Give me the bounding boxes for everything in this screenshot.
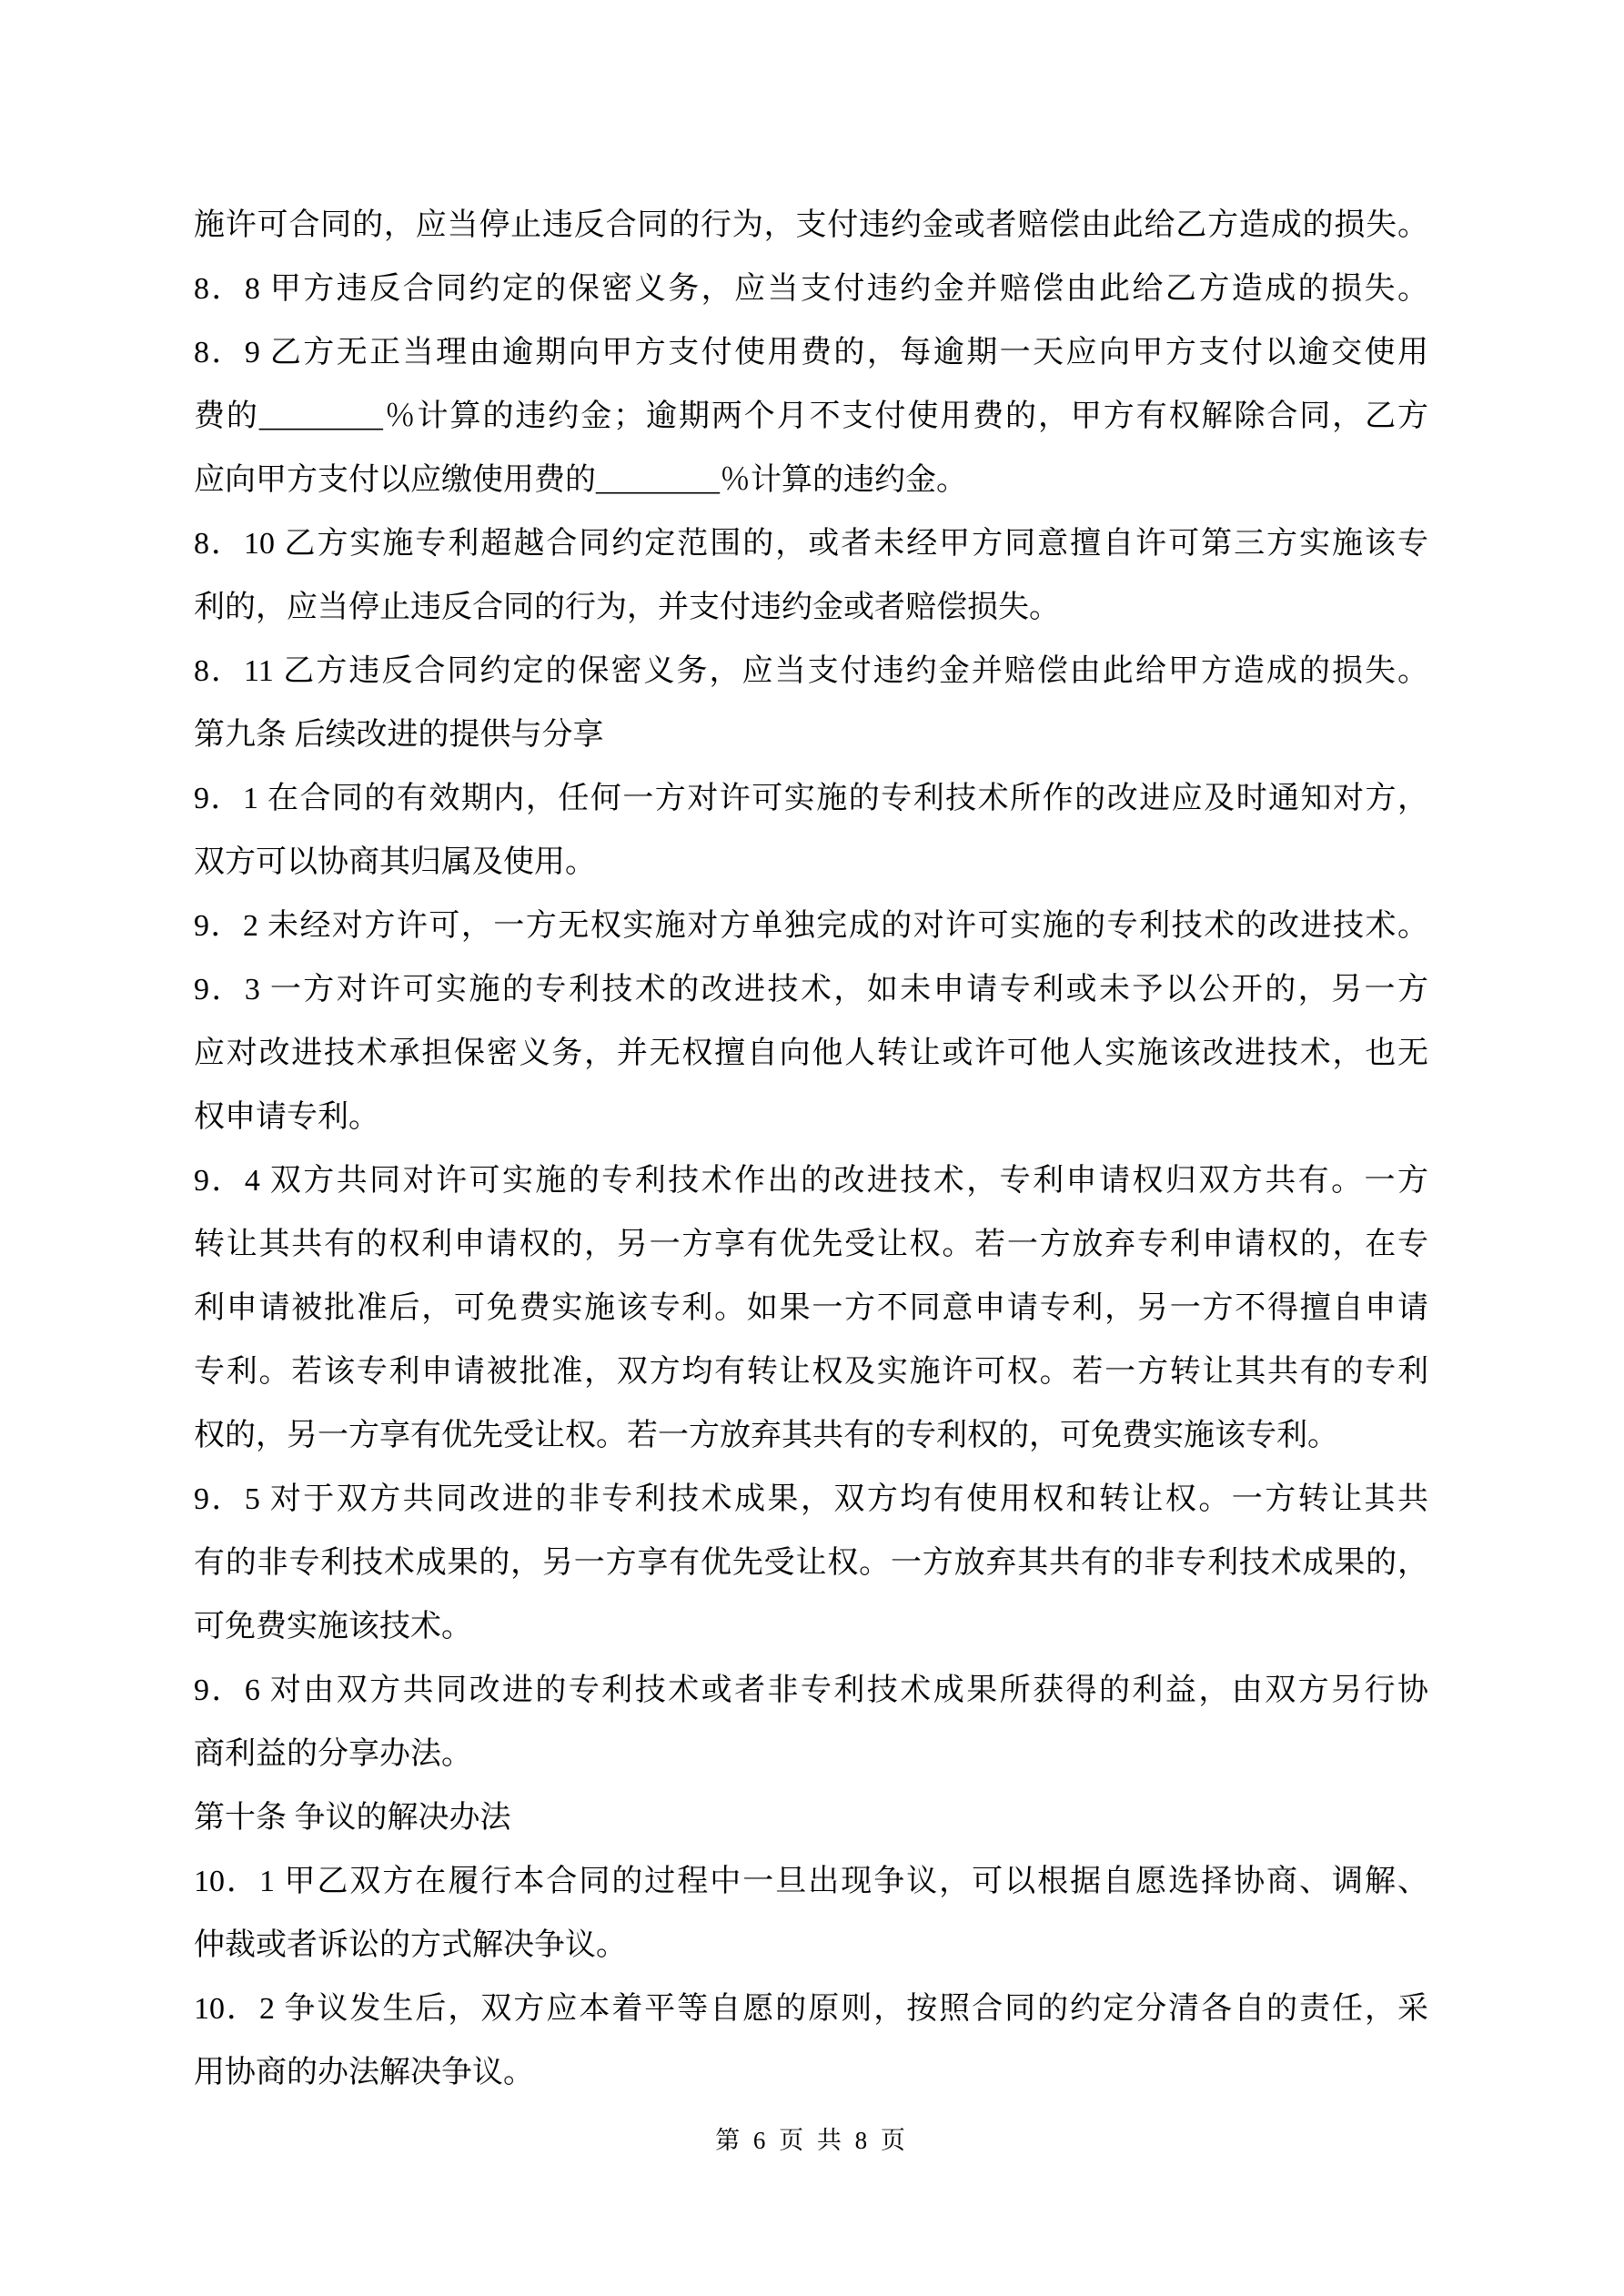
text-line: 9．6 对由双方共同改进的专利技术或者非专利技术成果所获得的利益，由双方另行协 [194,1659,1428,1723]
text-line: 利申请被批准后，可免费实施该专利。如果一方不同意申请专利，另一方不得擅自申请 [194,1277,1428,1340]
text-line: 8．8 甲方违反合同约定的保密义务，应当支付违约金并赔偿由此给乙方造成的损失。 [194,258,1428,321]
text-line: 可免费实施该技术。 [194,1595,1428,1659]
text-line: 8．10 乙方实施专利超越合同约定范围的，或者未经甲方同意擅自许可第三方实施该专 [194,512,1428,576]
text-line: 9．1 在合同的有效期内，任何一方对许可实施的专利技术所作的改进应及时通知对方， [194,767,1428,831]
text-line: 商利益的分享办法。 [194,1723,1428,1786]
text-line: 9．2 未经对方许可，一方无权实施对方单独完成的对许可实施的专利技术的改进技术。 [194,895,1428,958]
text-line: 9．5 对于双方共同改进的非专利技术成果，双方均有使用权和转让权。一方转让其共 [194,1468,1428,1532]
text-line: 9．3 一方对许可实施的专利技术的改进技术，如未申请专利或未予以公开的，另一方 [194,958,1428,1022]
text-line: 应对改进技术承担保密义务，并无权擅自向他人转让或许可他人实施该改进技术，也无 [194,1022,1428,1086]
text-line: 权的，另一方享有优先受让权。若一方放弃其共有的专利权的，可免费实施该专利。 [194,1404,1428,1468]
text-line: 转让其共有的权利申请权的，另一方享有优先受让权。若一方放弃专利申请权的，在专 [194,1213,1428,1277]
text-line: 用协商的办法解决争议。 [194,2041,1428,2105]
text-line: 施许可合同的，应当停止违反合同的行为，支付违约金或者赔偿由此给乙方造成的损失。 [194,194,1428,258]
text-line: 权申请专利。 [194,1086,1428,1149]
text-line: 10．2 争议发生后，双方应本着平等自愿的原则，按照合同的约定分清各自的责任，采 [194,1977,1428,2041]
contract-body-text: 施许可合同的，应当停止违反合同的行为，支付违约金或者赔偿由此给乙方造成的损失。8… [194,194,1428,2105]
text-line: 应向甲方支付以应缴使用费的________％计算的违约金。 [194,449,1428,512]
text-line: 8．11 乙方违反合同约定的保密义务，应当支付违约金并赔偿由此给甲方造成的损失。 [194,640,1428,703]
text-line: 专利。若该专利申请被批准，双方均有转让权及实施许可权。若一方转让其共有的专利 [194,1340,1428,1404]
text-line: 利的，应当停止违反合同的行为，并支付违约金或者赔偿损失。 [194,576,1428,640]
text-line: 有的非专利技术成果的，另一方享有优先受让权。一方放弃其共有的非专利技术成果的， [194,1532,1428,1595]
page-footer: 第 6 页 共 8 页 [0,2120,1624,2160]
text-line: 第十条 争议的解决办法 [194,1786,1428,1850]
text-line: 10．1 甲乙双方在履行本合同的过程中一旦出现争议，可以根据自愿选择协商、调解、 [194,1850,1428,1914]
text-line: 仲裁或者诉讼的方式解决争议。 [194,1914,1428,1977]
text-line: 9．4 双方共同对许可实施的专利技术作出的改进技术，专利申请权归双方共有。一方 [194,1149,1428,1213]
text-line: 费的________％计算的违约金；逾期两个月不支付使用费的，甲方有权解除合同，… [194,385,1428,449]
text-line: 第九条 后续改进的提供与分享 [194,703,1428,767]
page-number-text: 第 6 页 共 8 页 [715,2127,909,2154]
contract-page: 施许可合同的，应当停止违反合同的行为，支付违约金或者赔偿由此给乙方造成的损失。8… [0,0,1624,2296]
text-line: 8．9 乙方无正当理由逾期向甲方支付使用费的，每逾期一天应向甲方支付以逾交使用 [194,321,1428,385]
text-line: 双方可以协商其归属及使用。 [194,831,1428,895]
